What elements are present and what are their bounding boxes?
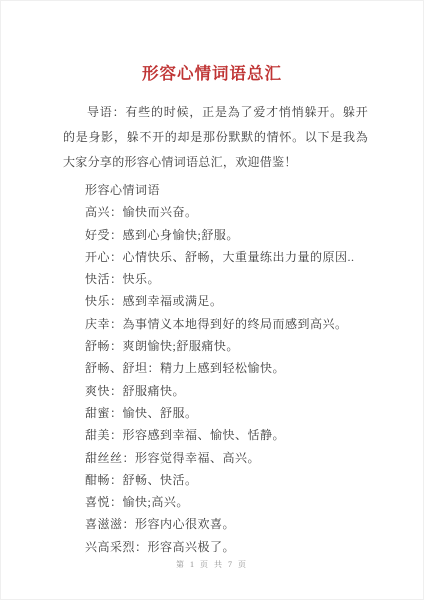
page-footer: 第 1 页 共 7 页 bbox=[0, 559, 424, 570]
list-item: 喜悦：愉快;高兴。 bbox=[85, 491, 404, 513]
list-item: 舒畅：爽朗愉快;舒服痛快。 bbox=[85, 335, 404, 357]
document-page: 形容心情词语总汇 导语：有些的时候，正是為了爱才悄悄躲开。躲开的是身影，躲不开的… bbox=[0, 0, 424, 600]
list-item: 甜蜜：愉快、舒服。 bbox=[85, 402, 404, 424]
list-item: 爽快：舒服痛快。 bbox=[85, 380, 404, 402]
section-subtitle: 形容心情词语 bbox=[85, 179, 394, 201]
list-item: 高兴：愉快而兴奋。 bbox=[85, 201, 404, 223]
page-number-text: 第 1 页 共 7 页 bbox=[176, 560, 248, 569]
list-item: 快乐：感到幸福或满足。 bbox=[85, 290, 404, 312]
list-item: 喜滋滋：形容内心很欢喜。 bbox=[85, 513, 404, 535]
list-item: 兴高采烈：形容高兴极了。 bbox=[85, 536, 404, 558]
entry-list: 高兴：愉快而兴奋。 好受：感到心身愉快;舒服。 开心：心情快乐、舒畅，大重量练出… bbox=[85, 201, 404, 558]
page-title: 形容心情词语总汇 bbox=[0, 0, 424, 86]
list-item: 甜丝丝：形容觉得幸福、高兴。 bbox=[85, 447, 404, 469]
list-item: 舒畅、舒坦：精力上感到轻松愉快。 bbox=[85, 357, 404, 379]
intro-paragraph: 导语：有些的时候，正是為了爱才悄悄躲开。躲开的是身影，躲不开的却是那份默默的情怀… bbox=[63, 100, 368, 175]
list-item: 开心：心情快乐、舒畅，大重量练出力量的原因.. bbox=[85, 246, 404, 268]
list-item: 甜美：形容感到幸福、愉快、恬静。 bbox=[85, 424, 404, 446]
list-item: 快活：快乐。 bbox=[85, 268, 404, 290]
list-item: 酣畅：舒畅、快活。 bbox=[85, 469, 404, 491]
list-item: 好受：感到心身愉快;舒服。 bbox=[85, 224, 404, 246]
list-item: 庆幸：為事情义本地得到好的终局而感到高兴。 bbox=[85, 313, 404, 335]
